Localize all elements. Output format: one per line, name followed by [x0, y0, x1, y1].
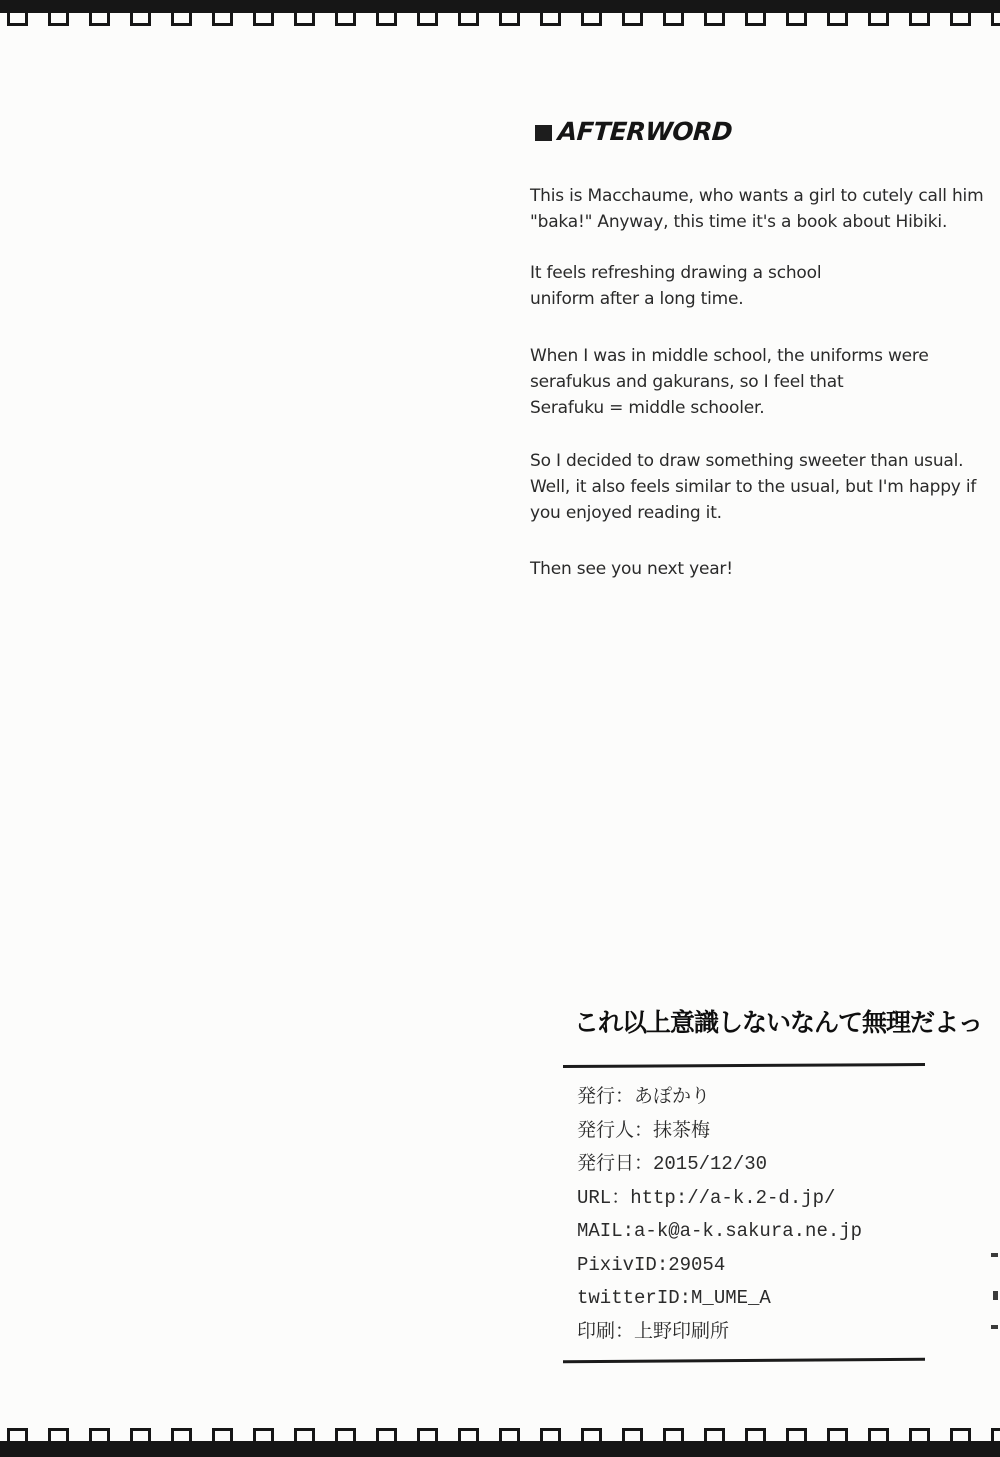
border-tick	[171, 13, 192, 26]
border-tick	[335, 1428, 356, 1441]
colophon-entry-pixiv-id: PixivID:29054	[577, 1249, 862, 1283]
border-tick	[294, 13, 315, 26]
border-tick	[991, 13, 1000, 26]
afterword-paragraph: Then see you next year!	[530, 556, 733, 582]
afterword-text-line: This is Macchaume, who wants a girl to c…	[530, 183, 983, 209]
border-tick	[171, 1428, 192, 1441]
book-title-japanese: これ以上意識しないなんて無理だよっ	[574, 1003, 982, 1039]
border-tick	[950, 13, 971, 26]
border-tick	[130, 1428, 151, 1441]
scan-artifact	[991, 1253, 998, 1257]
border-tick	[909, 1428, 930, 1441]
border-tick	[212, 13, 233, 26]
afterword-text-line: Then see you next year!	[530, 556, 733, 582]
border-tick	[991, 1428, 1000, 1441]
border-tick	[622, 1428, 643, 1441]
border-tick	[663, 13, 684, 26]
afterword-text-line: serafukus and gakurans, so I feel that	[530, 369, 929, 395]
top-border-bar	[0, 0, 1000, 13]
border-tick	[786, 13, 807, 26]
border-tick	[130, 13, 151, 26]
colophon-entry-publisher-circle: 発行：あぽかり	[577, 1081, 862, 1115]
border-tick	[868, 1428, 889, 1441]
border-tick	[458, 1428, 479, 1441]
afterword-paragraph: When I was in middle school, the uniform…	[530, 343, 929, 421]
colophon-entry-author: 発行人：抹茶梅	[577, 1115, 862, 1149]
border-tick	[581, 13, 602, 26]
border-tick	[48, 1428, 69, 1441]
border-tick	[786, 1428, 807, 1441]
afterword-paragraph: It feels refreshing drawing a school uni…	[530, 260, 821, 312]
bottom-border-boxes	[0, 1428, 1000, 1441]
border-tick	[704, 13, 725, 26]
border-tick	[253, 1428, 274, 1441]
colophon-entry-url: URL：http://a-k.2-d.jp/	[577, 1182, 862, 1216]
border-tick	[499, 1428, 520, 1441]
colophon-top-rule	[563, 1063, 925, 1068]
heading-bullet-square	[535, 125, 552, 141]
border-tick	[376, 1428, 397, 1441]
afterword-text-line: uniform after a long time.	[530, 286, 821, 312]
border-tick	[417, 1428, 438, 1441]
border-tick	[89, 1428, 110, 1441]
border-tick	[868, 13, 889, 26]
afterword-text-line: So I decided to draw something sweeter t…	[530, 448, 976, 474]
border-tick	[335, 13, 356, 26]
border-tick	[417, 13, 438, 26]
afterword-text-line: Serafuku = middle schooler.	[530, 395, 929, 421]
border-tick	[89, 13, 110, 26]
afterword-paragraph: This is Macchaume, who wants a girl to c…	[530, 183, 983, 235]
border-tick	[212, 1428, 233, 1441]
afterword-text-line: Well, it also feels similar to the usual…	[530, 474, 976, 500]
colophon-entry-printer: 印刷：上野印刷所	[577, 1316, 862, 1350]
top-border-strip	[0, 0, 1000, 26]
border-tick	[581, 1428, 602, 1441]
border-tick	[48, 13, 69, 26]
border-tick	[499, 13, 520, 26]
afterword-text-line: "baka!" Anyway, this time it's a book ab…	[530, 209, 983, 235]
afterword-text-line: When I was in middle school, the uniform…	[530, 343, 929, 369]
colophon-entry-publish-date: 発行日：2015/12/30	[577, 1148, 862, 1182]
border-tick	[7, 1428, 28, 1441]
border-tick	[827, 1428, 848, 1441]
colophon-credits-list: 発行：あぽかり 発行人：抹茶梅 発行日：2015/12/30 URL：http:…	[577, 1081, 862, 1349]
border-tick	[458, 13, 479, 26]
scan-artifact	[993, 1291, 998, 1300]
afterword-paragraph: So I decided to draw something sweeter t…	[530, 448, 976, 526]
colophon-entry-twitter-id: twitterID:M_UME_A	[577, 1282, 862, 1316]
bottom-border-strip	[0, 1428, 1000, 1457]
border-tick	[622, 13, 643, 26]
scanned-doujinshi-afterword-page: AFTERWORD This is Macchaume, who wants a…	[0, 0, 1000, 1457]
border-tick	[7, 13, 28, 26]
border-tick	[745, 13, 766, 26]
afterword-heading-label: AFTERWORD	[557, 117, 733, 146]
afterword-text-line: you enjoyed reading it.	[530, 500, 976, 526]
border-tick	[253, 13, 274, 26]
border-tick	[827, 13, 848, 26]
colophon-entry-mail: MAIL:a-k@a-k.sakura.ne.jp	[577, 1215, 862, 1249]
border-tick	[745, 1428, 766, 1441]
bottom-border-bar	[0, 1441, 1000, 1457]
border-tick	[663, 1428, 684, 1441]
afterword-heading: AFTERWORD	[535, 117, 732, 146]
border-tick	[376, 13, 397, 26]
scan-artifact	[991, 1325, 998, 1329]
border-tick	[294, 1428, 315, 1441]
border-tick	[540, 13, 561, 26]
afterword-text-line: It feels refreshing drawing a school	[530, 260, 821, 286]
colophon-bottom-rule	[563, 1358, 925, 1364]
border-tick	[704, 1428, 725, 1441]
border-tick	[909, 13, 930, 26]
border-tick	[950, 1428, 971, 1441]
border-tick	[540, 1428, 561, 1441]
top-border-boxes	[0, 13, 1000, 26]
